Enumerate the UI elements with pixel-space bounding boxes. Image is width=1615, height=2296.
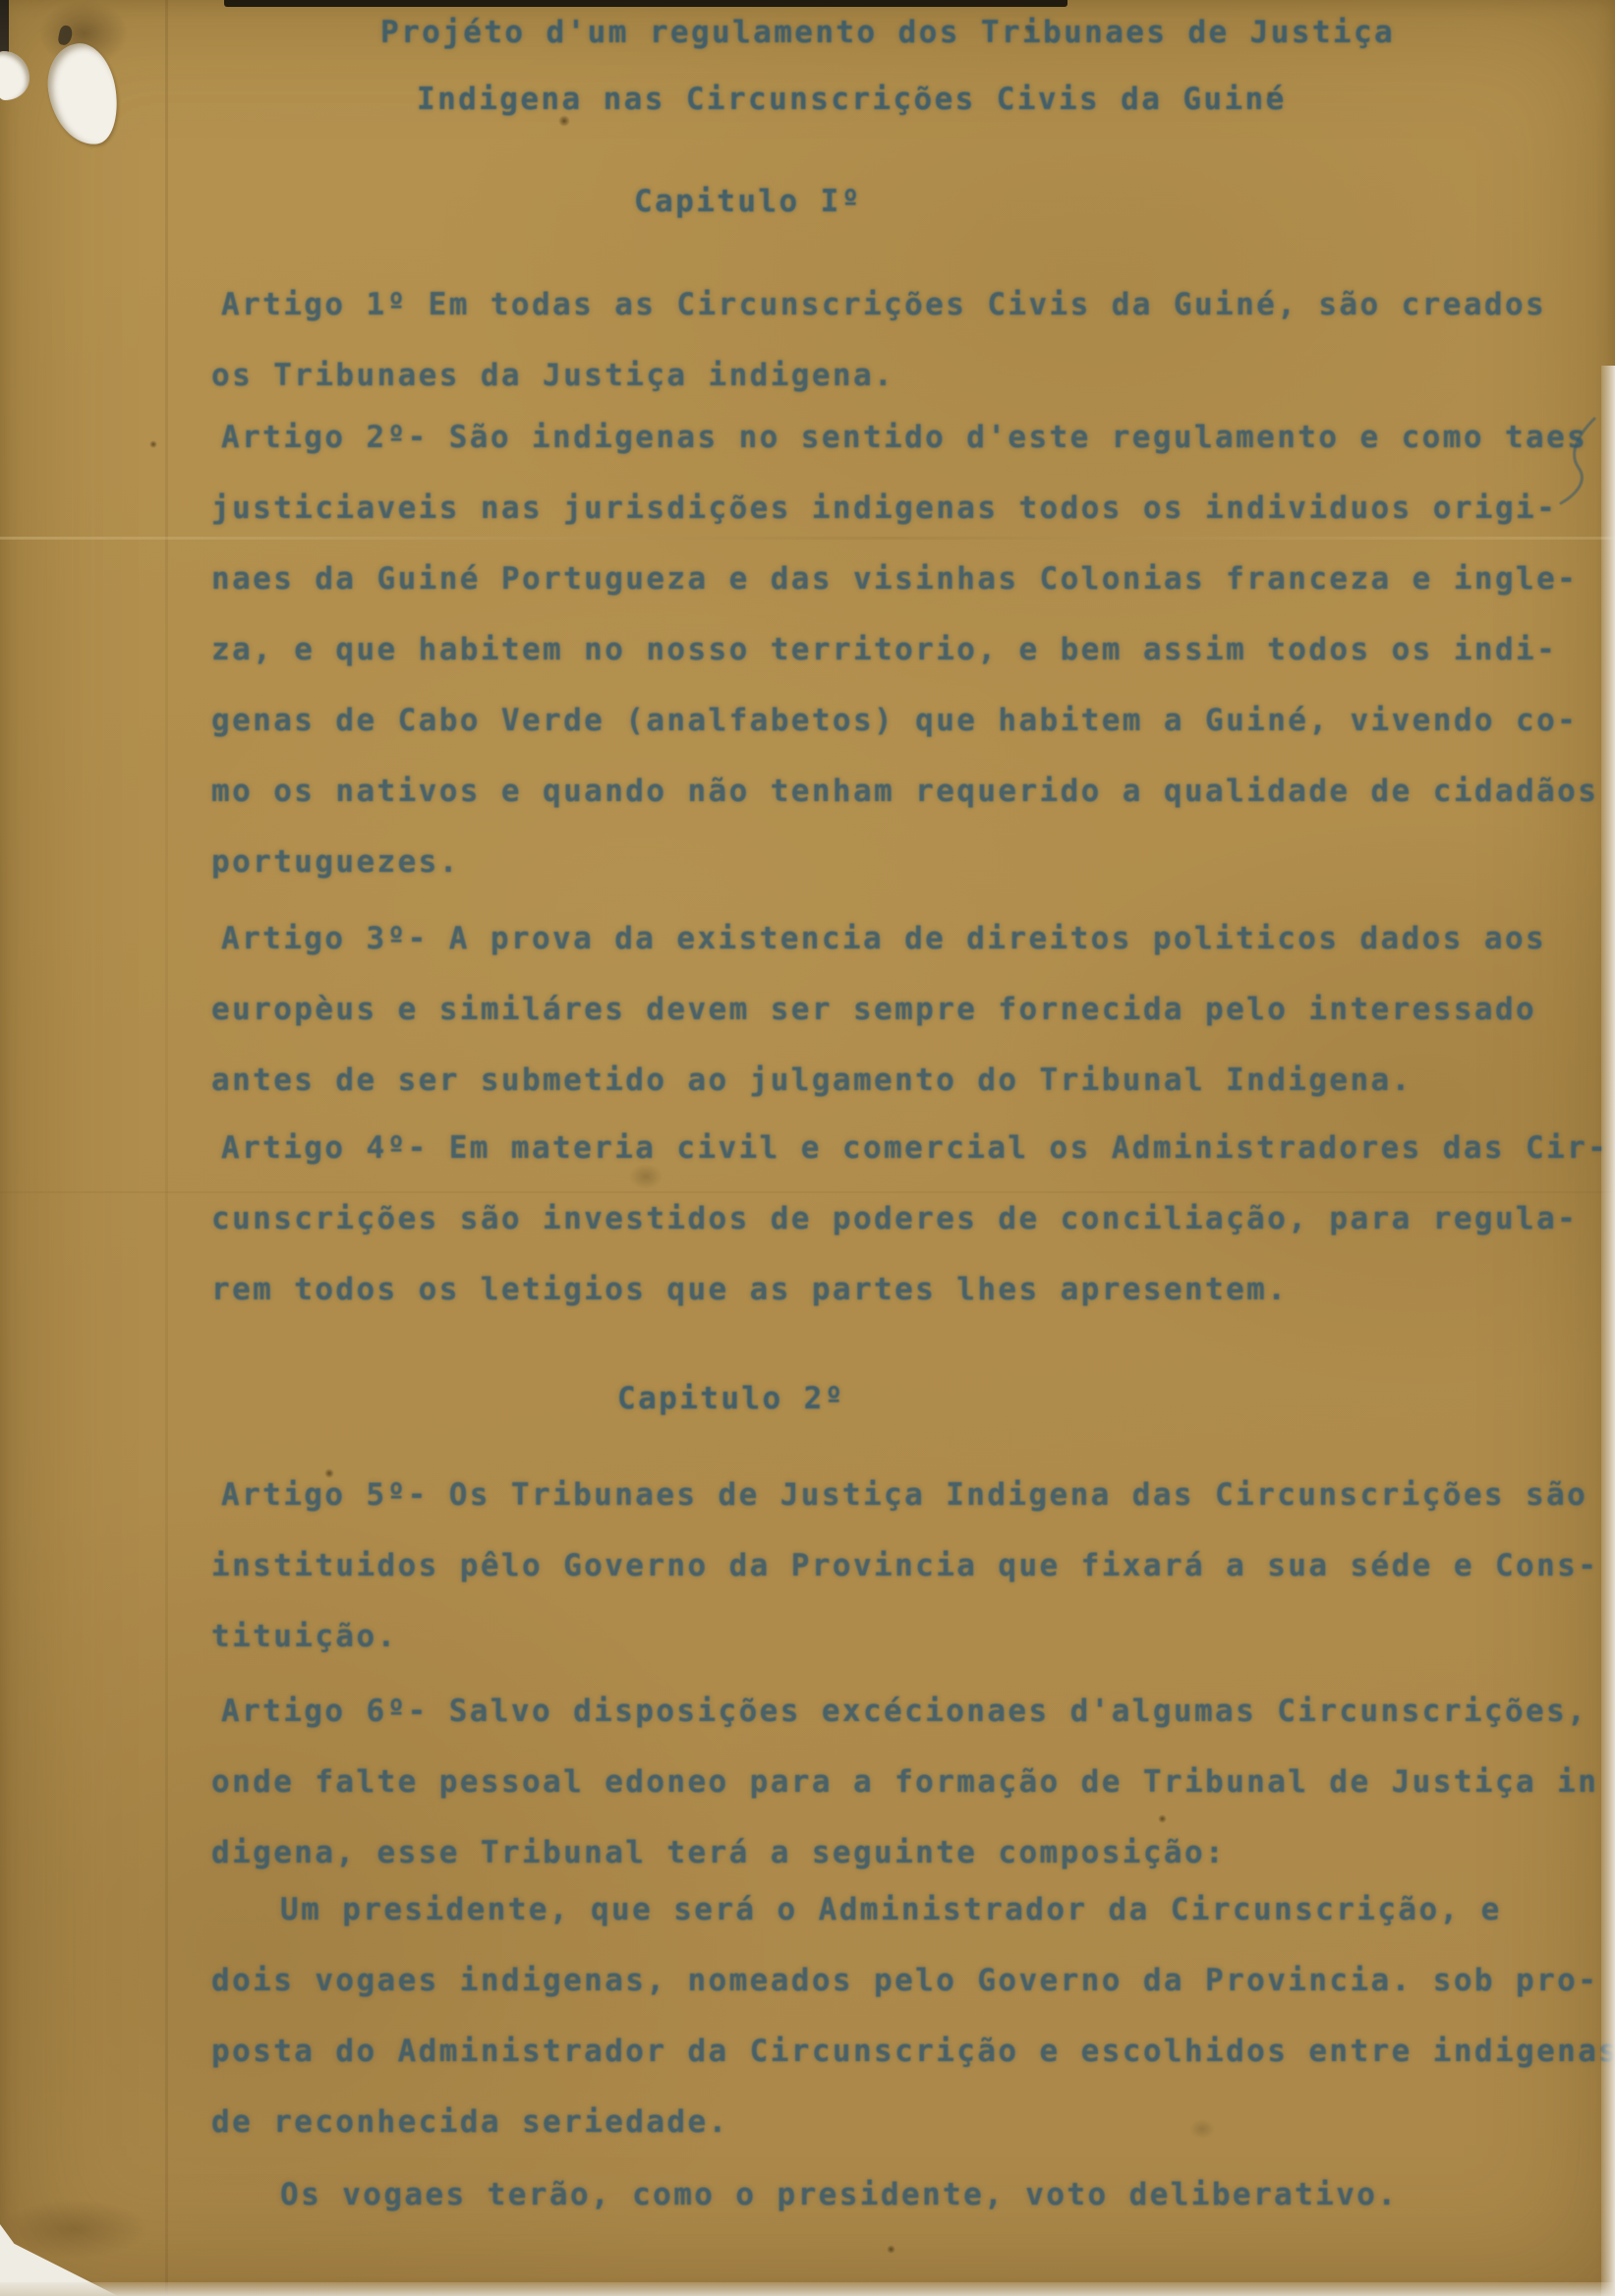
scanner-edge-bottom (0, 2282, 1615, 2296)
chapter-2-heading: Capitulo 2º (617, 1384, 845, 1414)
paragraph-composicao: Um presidente, que será o Administrador … (211, 1895, 1607, 2178)
text-line: posta do Administrador da Circunscrição … (211, 2037, 1607, 2067)
text-line: Artigo 1º Em todas as Circunscrições Civ… (211, 290, 1607, 320)
scanner-edge-right (1601, 366, 1615, 2296)
text-line: mo os nativos e quando não tenham requer… (211, 776, 1607, 807)
text-line: onde falte pessoal edoneo para a formaçã… (211, 1767, 1607, 1798)
text-line: instituidos pêlo Governo da Provincia qu… (211, 1551, 1607, 1581)
document-page: Projéto d'um regulamento dos Tribunaes d… (0, 0, 1615, 2296)
text-line: portuguezes. (211, 847, 1607, 878)
paragraph-artigo-5: Artigo 5º- Os Tribunaes de Justiça Indig… (211, 1480, 1607, 1693)
paragraph-artigo-6: Artigo 6º- Salvo disposições excécionaes… (211, 1696, 1607, 1909)
paragraph-artigo-2: Artigo 2º- São indigenas no sentido d'es… (211, 423, 1607, 918)
text-line: naes da Guiné Portugueza e das visinhas … (211, 564, 1607, 595)
text-line: Artigo 6º- Salvo disposições excécionaes… (211, 1696, 1607, 1727)
chapter-1-heading: Capitulo Iº (634, 187, 862, 217)
ink-flourish (1555, 417, 1606, 507)
text-line: Artigo 5º- Os Tribunaes de Justiça Indig… (211, 1480, 1607, 1511)
text-line: tituição. (211, 1622, 1607, 1652)
text-line: Artigo 2º- São indigenas no sentido d'es… (211, 423, 1607, 453)
text-line: Artigo 4º- Em materia civil e comercial … (211, 1133, 1607, 1164)
text-line: europèus e similáres devem ser sempre fo… (211, 995, 1607, 1025)
text-line: Artigo 3º- A prova da existencia de dire… (211, 924, 1607, 954)
text-line: za, e que habitem no nosso territorio, e… (211, 635, 1607, 665)
text-line: rem todos os letigios que as partes lhes… (211, 1275, 1607, 1305)
paragraph-artigo-3: Artigo 3º- A prova da existencia de dire… (211, 924, 1607, 1136)
paragraph-artigo-4: Artigo 4º- Em materia civil e comercial … (211, 1133, 1607, 1346)
text-line: Os vogaes terão, como o presidente, voto… (211, 2180, 1607, 2210)
document-title-line-2: Indigena nas Circunscrições Civis da Gui… (417, 85, 1287, 115)
text-line: Um presidente, que será o Administrador … (211, 1895, 1607, 1925)
scanner-edge-top (224, 0, 1067, 7)
document-title-line-1: Projéto d'um regulamento dos Tribunaes d… (380, 18, 1395, 48)
paragraph-voto: Os vogaes terão, como o presidente, voto… (211, 2180, 1607, 2251)
text-line: antes de ser submetido ao julgamento do … (211, 1065, 1607, 1096)
text-line: digena, esse Tribunal terá a seguinte co… (211, 1838, 1607, 1868)
paragraph-artigo-1: Artigo 1º Em todas as Circunscrições Civ… (211, 290, 1607, 431)
typewritten-text-layer: Projéto d'um regulamento dos Tribunaes d… (0, 0, 1615, 2296)
text-line: justiciaveis nas jurisdições indigenas t… (211, 493, 1607, 524)
text-line: de reconhecida seriedade. (211, 2107, 1607, 2138)
text-line: os Tribunaes da Justiça indigena. (211, 361, 1607, 391)
text-line: cunscrições são investidos de poderes de… (211, 1204, 1607, 1234)
text-line: dois vogaes indigenas, nomeados pelo Gov… (211, 1966, 1607, 1996)
text-line: genas de Cabo Verde (analfabetos) que ha… (211, 706, 1607, 736)
